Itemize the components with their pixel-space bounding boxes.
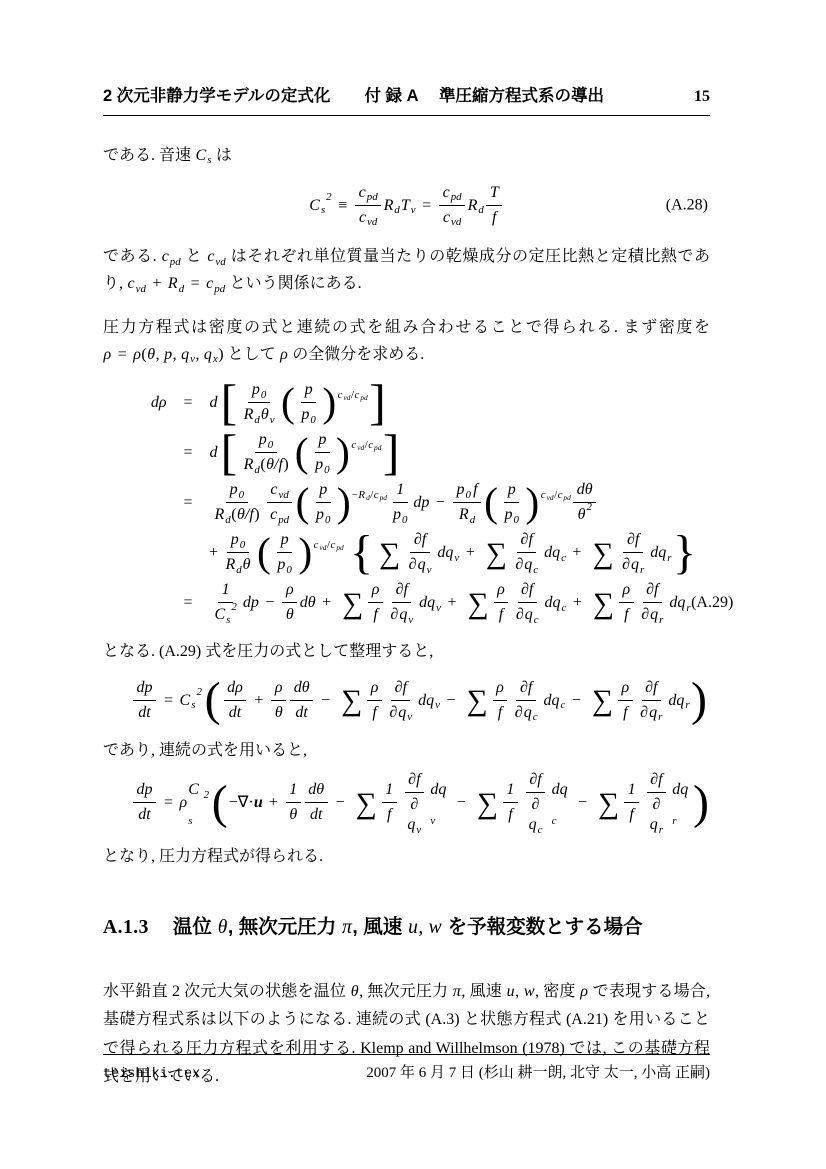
math-numerator: dθ — [305, 780, 328, 803]
inline-math: u, w — [408, 917, 443, 938]
math-var: q — [649, 816, 658, 833]
math-var: ∂f — [626, 531, 639, 548]
equation-pressure-2-math: dpdt=ρCs2(−∇·u+1θdθdt−∑1f∂f∂qvdqv−∑1f∂f∂… — [131, 770, 710, 835]
math-denominator: p0 — [298, 403, 319, 425]
math-group: dqv — [418, 687, 441, 714]
math-var: dθ — [308, 781, 325, 798]
math-var: p — [258, 431, 267, 448]
math-fraction: cpdcvd — [439, 183, 465, 228]
math-group: qv — [417, 555, 432, 575]
math-var: f — [508, 806, 513, 823]
equation-pressure-2: dpdt=ρCs2(−∇·u+1θdθdt−∑1f∂f∂qvdqv−∑1f∂f∂… — [103, 770, 710, 835]
math-subscript: r — [639, 565, 644, 576]
math-var: d — [254, 414, 260, 426]
math-var: pd — [214, 283, 226, 295]
equation-line: =p0Rd(θ/f)cvdcpd(pp0)−Rd/cpd1p0dp−p0fRd(… — [129, 478, 710, 528]
math-denominator: f — [494, 701, 505, 723]
math-subscript: 0 — [310, 415, 316, 426]
math-var: ∂ — [410, 796, 419, 813]
math-var: ∂ — [515, 556, 524, 573]
math-var: s — [207, 154, 212, 166]
math-delimiter: ] — [369, 379, 386, 426]
math-delimiter: [ — [221, 379, 238, 426]
paragraph-sound-speed: である. 音速 Cs は — [103, 142, 710, 169]
math-subscript: d — [178, 284, 184, 295]
math-var: pd — [336, 543, 344, 552]
math-var: q — [630, 556, 639, 573]
math-group: Rd — [358, 490, 370, 501]
math-var: ρ — [371, 581, 380, 598]
math-denominator: f — [620, 701, 631, 723]
math-numerator: p0f — [453, 480, 481, 503]
math-sum-operator: ∑ — [342, 590, 363, 620]
equation-pressure-1: dpdt=Cs2(dρdt+ρθdθdt−∑ρf∂f∂qvdqv−∑ρf∂f∂q… — [103, 671, 710, 729]
math-group: qr — [650, 605, 664, 625]
math-var: w — [523, 983, 535, 1000]
math-symbol: + — [209, 539, 218, 566]
math-denominator: f — [626, 803, 637, 825]
math-var: c — [270, 481, 278, 498]
math-subscript: vd — [215, 257, 226, 268]
math-fraction: ∂f∂qc — [511, 678, 541, 723]
math-var: f — [624, 606, 629, 623]
math-subscript: vd — [357, 444, 365, 451]
math-bold-var: u — [254, 789, 263, 816]
inline-math: θ — [350, 983, 359, 1000]
math-group: cvd — [270, 480, 289, 500]
equation-relation: = — [167, 589, 209, 616]
math-var: vd — [343, 393, 351, 402]
paragraph-pressure-eq-intro: 圧力方程式は密度の式と連続の式を組み合わせることで得られる. まず密度を ρ=ρ… — [103, 314, 710, 368]
math-group: p0 — [315, 505, 330, 525]
equation-pressure-1-math: dpdt=Cs2(dρdt+ρθdθdt−∑ρf∂f∂qvdqv−∑ρf∂f∂q… — [131, 677, 708, 723]
math-symbol: ) — [254, 506, 259, 523]
math-denominator: p0 — [389, 503, 410, 525]
math-fraction: ρf — [494, 580, 509, 625]
math-group: cpd — [368, 440, 382, 451]
math-numerator: ρ — [493, 678, 508, 701]
math-subscript: 0 — [465, 490, 471, 501]
math-var: pd — [563, 493, 571, 502]
math-denominator: f — [369, 701, 380, 723]
math-subscript: 0 — [324, 465, 330, 476]
math-var: ρ — [274, 679, 283, 696]
math-var: dt — [138, 806, 151, 823]
equation-a29: dρ=d[p0Rdθv(pp0)cvd/cpd]=d[p0Rd(θ/f)(pp0… — [129, 378, 710, 628]
math-sum-operator: ∑ — [468, 590, 489, 620]
math-var: v — [408, 614, 414, 626]
math-numerator: ∂f — [642, 678, 661, 701]
math-fraction: dθdt — [290, 678, 313, 723]
math-var: 1 — [627, 781, 636, 798]
math-group: qx — [203, 341, 218, 368]
math-var: dp — [136, 781, 153, 798]
math-operator: − — [336, 789, 345, 816]
math-superscript: 2 — [203, 790, 209, 801]
math-group: Rd — [243, 455, 260, 475]
math-var: p — [304, 381, 313, 398]
math-fraction: ∂f∂qv — [405, 530, 435, 575]
math-fraction: dθdt — [305, 780, 328, 825]
math-var: d — [209, 439, 218, 466]
math-fraction: p0Rdθv — [240, 380, 278, 425]
math-var: ∂f — [413, 531, 426, 548]
math-group: cvd/cpd — [540, 489, 571, 516]
math-numerator: p — [301, 380, 316, 403]
math-var: s — [320, 204, 325, 216]
math-fraction: pp0 — [501, 480, 522, 525]
math-numerator: ρ — [368, 580, 383, 603]
math-var: R — [225, 556, 236, 573]
math-var: vd — [357, 443, 365, 452]
math-var: dq — [437, 544, 454, 561]
math-sum-operator: ∑ — [486, 540, 507, 570]
math-subscript: v — [410, 205, 416, 216]
math-var: w — [428, 917, 442, 938]
math-var: 0 — [324, 514, 330, 526]
math-var: C — [214, 606, 226, 623]
math-var: θ — [285, 606, 294, 623]
math-delimiter: ( — [296, 483, 310, 523]
math-var: ρ — [580, 983, 589, 1000]
math-var: d — [478, 204, 484, 216]
math-var: f — [387, 806, 392, 823]
math-delimiter: ) — [298, 533, 312, 573]
math-numerator: ρ — [282, 580, 297, 603]
math-var: dq — [672, 781, 689, 798]
math-group: Tv — [400, 192, 416, 219]
inline-math: Cs — [195, 147, 212, 164]
math-sum-operator: ∑ — [593, 590, 614, 620]
math-var: θ — [350, 983, 359, 1000]
math-denominator: Cs2 — [211, 603, 240, 625]
math-group: cpd — [161, 243, 181, 270]
math-var: ρ — [103, 346, 112, 363]
math-subscript: v — [454, 553, 460, 564]
math-var: 0 — [239, 539, 245, 551]
math-group: cvd — [337, 390, 351, 401]
math-numerator: ∂f — [392, 580, 411, 603]
math-var: q — [524, 556, 533, 573]
math-var: dt — [228, 704, 241, 721]
math-group: dqr — [672, 776, 692, 830]
math-var: ∂ — [390, 606, 399, 623]
math-denominator: f — [505, 803, 516, 825]
math-superscript: 2 — [196, 687, 202, 698]
math-var: π — [342, 917, 353, 938]
math-var: v — [416, 824, 422, 836]
inline-math: ρ=ρ(θ, p, qv, qx) — [103, 346, 224, 363]
equation-a28-tag: (A.28) — [666, 192, 708, 219]
math-var: dq — [551, 781, 568, 798]
math-var: p — [251, 381, 260, 398]
math-var: q — [523, 704, 532, 721]
math-denominator: Rdθv — [240, 403, 278, 425]
math-subscript: d — [236, 565, 242, 576]
math-var: 0 — [260, 389, 266, 401]
math-subscript: vd — [135, 284, 146, 295]
math-var: θ — [577, 506, 586, 523]
math-subscript: c — [561, 603, 567, 614]
math-subscript: 0 — [238, 490, 244, 501]
math-denominator: dt — [135, 803, 154, 825]
math-var: 1 — [221, 581, 230, 598]
math-group: qv — [398, 703, 413, 723]
math-numerator: ρ — [618, 678, 633, 701]
math-group: 2 — [203, 789, 209, 816]
math-numerator: ρ — [619, 580, 634, 603]
math-var: 1 — [396, 481, 405, 498]
math-var: v — [454, 552, 460, 564]
math-var: ρ — [370, 679, 379, 696]
math-var: p — [392, 506, 401, 523]
math-subscript: vd — [278, 490, 289, 501]
math-superscript: cvd/cpd — [540, 490, 571, 501]
math-var: p — [301, 406, 310, 423]
math-fraction: p0fRd — [453, 480, 481, 525]
math-var: dp — [136, 679, 153, 696]
math-var: dq — [650, 544, 667, 561]
math-var: dθ — [299, 589, 316, 616]
math-numerator: cvd — [267, 480, 292, 503]
math-var: 2 — [326, 191, 332, 203]
math-group: Cs — [179, 687, 196, 714]
math-fraction: 1f — [624, 780, 639, 825]
math-group: qc — [528, 815, 543, 835]
math-operator: + — [572, 539, 581, 566]
math-group: Rd — [167, 270, 184, 297]
math-subscript: r — [667, 553, 672, 564]
math-subscript: v — [416, 825, 422, 836]
math-sum-operator: ∑ — [356, 790, 377, 820]
math-numerator: dp — [133, 678, 156, 701]
math-var: f — [492, 209, 497, 226]
math-var: c — [206, 275, 214, 292]
math-group: cpd — [442, 183, 462, 203]
math-var: p — [280, 531, 289, 548]
math-var: c — [537, 824, 543, 836]
math-numerator: 1 — [503, 780, 518, 803]
inline-math: cvd+Rd=cpd — [127, 275, 226, 292]
math-numerator: p — [316, 480, 331, 503]
math-group: Rd — [214, 505, 231, 525]
math-fraction: 1θ — [286, 780, 301, 825]
math-var: c — [442, 209, 450, 226]
math-var: 1 — [289, 781, 298, 798]
math-delimiter: ) — [691, 677, 707, 723]
math-var: θ — [242, 556, 251, 573]
math-subscript: d — [394, 205, 400, 216]
math-var: ρ — [497, 581, 506, 598]
math-subscript: pd — [379, 494, 387, 501]
math-var: v — [430, 815, 436, 827]
math-group: p0 — [230, 530, 245, 550]
math-superscript: −Rd/cpd — [352, 490, 388, 501]
math-var: r — [667, 552, 672, 564]
math-var: d — [178, 283, 184, 295]
math-sum-operator: ∑ — [592, 540, 613, 570]
math-fraction: dpdt — [133, 678, 156, 723]
math-subscript: v — [436, 603, 442, 614]
math-group: cpd — [358, 183, 378, 203]
math-fraction: ∂f∂qc — [512, 580, 542, 625]
math-numerator: ρ — [367, 678, 382, 701]
math-var: d — [469, 514, 475, 526]
math-group: 2 — [231, 605, 237, 625]
math-subscript: vd — [319, 544, 327, 551]
math-subscript: s — [188, 816, 193, 827]
math-var: ∂ — [531, 796, 540, 813]
equation-line: +p0Rdθ(pp0)cvd/cpd{∑∂f∂qvdqv+∑∂f∂qcdqc+∑… — [129, 528, 710, 578]
math-subscript: pd — [563, 494, 571, 501]
math-numerator: cpd — [355, 183, 381, 206]
math-denominator: θ — [271, 701, 286, 723]
math-var: f — [473, 481, 478, 498]
math-numerator: 1 — [393, 480, 408, 503]
math-var: v — [436, 602, 442, 614]
math-subscript: v — [426, 565, 432, 576]
math-operator: − — [578, 789, 587, 816]
math-denominator: f — [370, 603, 381, 625]
math-fraction: 1p0 — [389, 480, 410, 525]
math-subscript: 0 — [324, 515, 330, 526]
math-var: dp — [242, 589, 259, 616]
math-fraction: cpdcvd — [355, 183, 381, 228]
equation-a28-math: Cs2≡cpdcvdRdTv=cpdcvdRdTf — [309, 183, 504, 228]
math-subscript: s — [226, 615, 231, 626]
math-denominator: ∂qv — [401, 793, 428, 835]
math-fraction: cvdcpd — [267, 480, 293, 525]
math-var: c — [551, 815, 557, 827]
paragraph-specific-heats: である. cpd と cvd はそれぞれ単位質量当たりの乾燥成分の定圧比熱と定積… — [103, 243, 710, 297]
running-title-left: 2 次元非静力学モデルの定式化 — [103, 82, 330, 106]
math-group: cvd/cpd — [337, 389, 368, 416]
math-sum-operator: ∑ — [592, 687, 613, 717]
math-subscript: pd — [336, 544, 344, 551]
math-group: qv — [181, 341, 196, 368]
math-operator: = — [118, 346, 127, 363]
math-operator: = — [191, 275, 200, 292]
math-group: p0 — [315, 455, 330, 475]
math-subscript: r — [686, 603, 691, 614]
math-numerator: dθ — [573, 480, 596, 503]
math-group: qr — [649, 703, 663, 723]
math-fraction: ∂f∂qr — [637, 678, 666, 723]
math-numerator: p0 — [226, 480, 247, 503]
math-var: v — [435, 699, 441, 711]
math-denominator: dt — [135, 701, 154, 723]
math-operator: + — [254, 687, 263, 714]
math-fraction: pp0 — [312, 430, 333, 475]
math-var: θ/f — [266, 456, 284, 473]
math-var: ∂f — [646, 581, 659, 598]
math-var: ∂f — [520, 531, 533, 548]
math-symbol: ( — [231, 506, 236, 523]
math-group: p0 — [504, 505, 519, 525]
math-var: p — [507, 481, 516, 498]
math-denominator: ∂qr — [637, 701, 666, 723]
math-group: cpd — [373, 490, 387, 501]
math-var: dq — [668, 692, 685, 709]
math-fraction: ∂f∂qc — [512, 530, 542, 575]
math-fraction: p0Rdθ — [222, 530, 254, 575]
math-var: d — [394, 204, 400, 216]
math-fraction: 1f — [382, 780, 397, 825]
math-operator: + — [152, 275, 161, 292]
math-group: cvd — [127, 270, 146, 297]
math-group: cvd — [313, 540, 327, 551]
math-denominator: cpd — [267, 503, 293, 525]
math-group: Cs — [188, 776, 203, 830]
math-var: d — [225, 514, 231, 526]
inline-math: cpd — [161, 248, 181, 265]
math-var: r — [686, 602, 691, 614]
math-var: C — [188, 781, 200, 798]
math-numerator: p — [504, 480, 519, 503]
math-var: R — [358, 489, 366, 501]
math-numerator: 1 — [624, 780, 639, 803]
math-var: q — [524, 606, 533, 623]
math-group: dqr — [668, 687, 690, 714]
math-numerator: p — [315, 430, 330, 453]
math-subscript: 0 — [260, 390, 266, 401]
math-numerator: dθ — [290, 678, 313, 701]
math-group: dqv — [437, 539, 460, 566]
math-denominator: θ — [286, 803, 301, 825]
math-var: 2 — [203, 789, 209, 801]
math-subscript: c — [533, 615, 539, 626]
math-group: cvd — [442, 208, 461, 228]
math-var: d — [366, 493, 371, 502]
math-var: x — [212, 353, 218, 365]
math-denominator: Rd — [455, 503, 478, 525]
math-fraction: 1Cs2 — [211, 580, 240, 625]
math-var: ∂f — [519, 679, 532, 696]
math-var: q — [181, 346, 190, 363]
math-subscript: c — [560, 700, 566, 711]
math-numerator: ∂f — [517, 530, 536, 553]
math-var: q — [650, 606, 659, 623]
math-var: q — [399, 606, 408, 623]
math-var: c — [270, 506, 278, 523]
math-operator: + — [447, 589, 456, 616]
math-fraction: p0Rd(θ/f) — [211, 480, 263, 525]
math-group: Cs — [195, 142, 212, 169]
math-var: ∂f — [408, 771, 421, 788]
math-var: c — [533, 564, 539, 576]
math-operator: = — [164, 687, 173, 714]
math-var: f — [373, 606, 378, 623]
math-fraction: ρf — [619, 580, 634, 625]
math-var: θ/f — [237, 506, 255, 523]
math-denominator: p0 — [312, 453, 333, 475]
math-var: c — [442, 184, 450, 201]
math-var: vd — [546, 493, 554, 502]
math-subscript: vd — [343, 394, 351, 401]
math-group: qc — [523, 703, 538, 723]
math-subscript: c — [537, 825, 543, 836]
math-var: q — [528, 816, 537, 833]
math-var: 0 — [513, 514, 519, 526]
equation-lhs: dρ — [129, 389, 167, 416]
math-subscript: pd — [450, 192, 462, 203]
math-numerator: p — [277, 530, 292, 553]
math-var: f — [623, 704, 628, 721]
math-superscript: cvd/cpd — [351, 440, 382, 451]
math-var: r — [672, 815, 677, 827]
math-var: ∂f — [394, 679, 407, 696]
math-superscript: 2 — [326, 192, 332, 203]
